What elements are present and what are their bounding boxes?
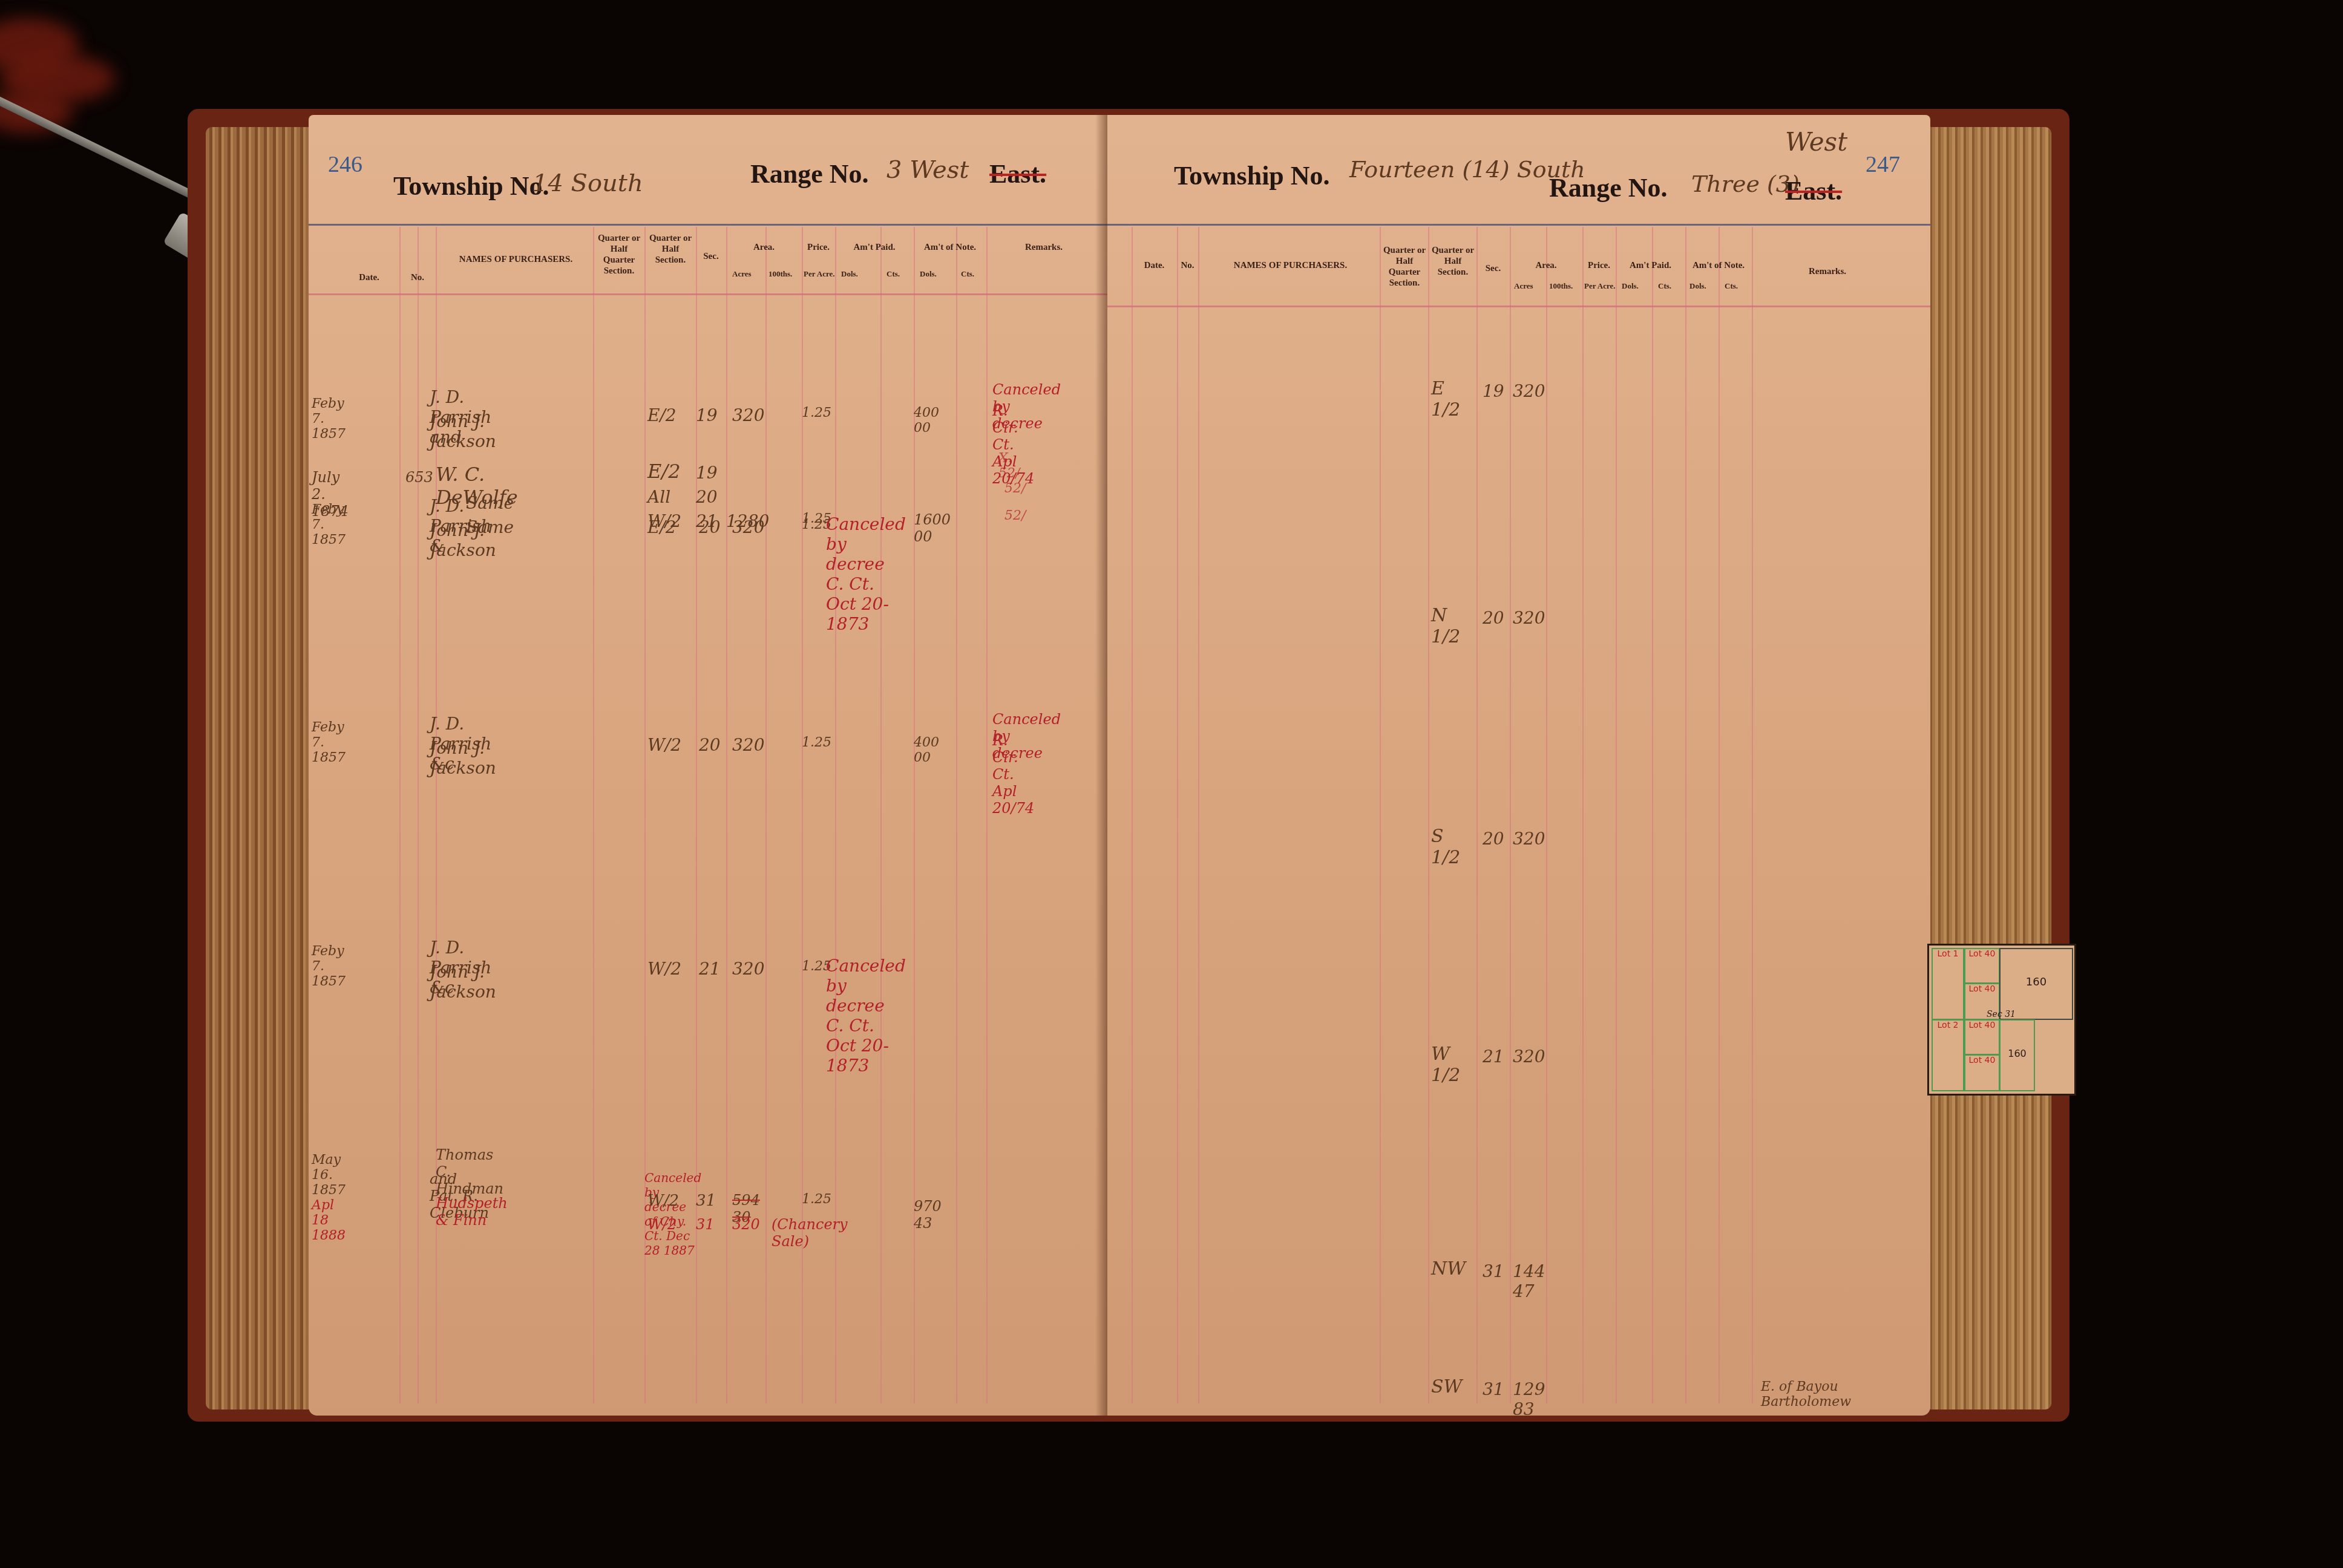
section-number: 20 [699, 735, 721, 755]
column-divider [1380, 227, 1381, 1403]
section-number: 31 [1483, 1379, 1504, 1399]
section-part: E/2 [647, 405, 677, 425]
column-divider [1719, 227, 1720, 1403]
header-rule [1107, 224, 1930, 226]
purchaser-name: Hudspeth & Finn [436, 1195, 508, 1229]
range-label: Range No. [1549, 172, 1668, 203]
amount-paid: 400 00 [914, 405, 939, 436]
page-title: Township No. Fourteen (14) South Range N… [1107, 163, 1930, 224]
header-bottom-rule [309, 293, 1107, 295]
column-header-note-dols: Dols. [1689, 281, 1706, 291]
page-title: Township No. 14 South Range No. 3 West E… [309, 163, 1107, 224]
column-header-per-acre: Per Acre. [1584, 281, 1616, 291]
section-part: E/2 [647, 517, 677, 537]
column-header-paid-cts: Cts. [1658, 281, 1671, 291]
acres: 144 47 [1513, 1261, 1545, 1301]
remark-line: Canceled by decree C. Ct. Oct 20-1873 [826, 956, 906, 1076]
plat-lot: Lot 1 [1932, 948, 1964, 1020]
section-number: 19 [696, 405, 718, 425]
section-number: 20 [696, 487, 718, 507]
column-header-note-cts: Cts. [961, 269, 974, 279]
section-part: S 1/2 [1431, 826, 1460, 868]
column-divider [1428, 227, 1429, 1403]
column-header-quarter-half: Quarter or Half Section. [646, 233, 695, 296]
price: 1.25 [802, 735, 831, 750]
entry-date: Feby 7. 1857 [312, 720, 346, 765]
column-divider [1582, 227, 1584, 1403]
column-header-no: No. [1177, 260, 1198, 324]
section-number: 19 [696, 463, 718, 483]
lot-label: Lot 40 [1969, 1056, 1996, 1065]
range-direction-written: West [1785, 127, 1847, 157]
column-header-quarter-half-quarter: Quarter or Half Quarter Section. [1381, 245, 1428, 309]
header-rule [309, 224, 1107, 226]
acres: 129 83 [1513, 1379, 1545, 1419]
section-number: 21 [1483, 1047, 1504, 1067]
page-edges-left [206, 127, 321, 1410]
entry-date: Feby 7. 1857 [312, 502, 346, 547]
section-number: 19 [1483, 381, 1504, 401]
right-page: 247 Township No. Fourteen (14) South Ran… [1107, 115, 1930, 1416]
column-divider [1476, 227, 1478, 1403]
acres: 320 [1513, 381, 1545, 401]
column-divider [986, 227, 988, 1403]
township-label: Township No. [393, 171, 549, 201]
remark-line: 52/ [1004, 481, 1026, 496]
column-divider [765, 227, 767, 1403]
column-header-paid-cts: Cts. [886, 269, 900, 279]
section-part: E 1/2 [1431, 378, 1460, 420]
column-divider [1132, 227, 1133, 1403]
section-part: SW [1431, 1376, 1462, 1397]
acres: 320 [1513, 608, 1545, 628]
header-bottom-rule [1107, 305, 1930, 307]
column-header-amt-note: Am't of Note. [1685, 260, 1752, 324]
column-header-names: NAMES OF PURCHASERS. [439, 254, 593, 318]
plat-quarter: 160 [1999, 1019, 2035, 1091]
column-header-per-acre: Per Acre. [804, 269, 835, 279]
column-header-100ths: 100ths. [768, 269, 792, 279]
lot-label: Lot 40 [1969, 1021, 1996, 1030]
section-part: E/2 [647, 460, 681, 483]
remark-line: 52/ [1004, 508, 1026, 523]
purchaser-name: John J. Jackson [430, 411, 496, 451]
column-header-date: Date. [1132, 260, 1177, 324]
section-number: 21 [699, 959, 721, 979]
price: 1.25 [802, 405, 831, 420]
column-header-price: Price. [1582, 260, 1616, 324]
entry-date: May 16. 1857 [312, 1152, 346, 1198]
lot-label: Lot 1 [1938, 949, 1959, 959]
quarter-acres: 160 [2026, 976, 2046, 988]
price: 1.25 [802, 1192, 831, 1207]
page-edges-right [1918, 127, 2051, 1410]
lot-label: Lot 40 [1969, 984, 1996, 994]
entry-number: 653 [405, 469, 433, 486]
section-number: 20 [1483, 829, 1504, 849]
column-header-sec: Sec. [1476, 263, 1510, 327]
column-header-no: No. [399, 272, 436, 336]
township-label: Township No. [1174, 160, 1330, 191]
column-divider [1616, 227, 1617, 1403]
entry-date: Feby 7. 1857 [312, 396, 346, 442]
column-header-amt-paid: Am't Paid. [1616, 260, 1685, 324]
entry-date: Apl 18 1888 [312, 1198, 346, 1243]
column-header-100ths: 100ths. [1549, 281, 1573, 291]
section-part: All [647, 487, 670, 507]
column-header-acres: Acres [1514, 281, 1533, 291]
plat-lot: Lot 2 [1932, 1019, 1964, 1091]
purchaser-name: John J. Jackson [430, 738, 496, 778]
left-page: 246 Township No. 14 South Range No. 3 We… [309, 115, 1107, 1416]
entry-date: Feby 7. 1857 [312, 944, 346, 989]
township-value: 14 South [532, 169, 643, 197]
remark-line: Canceled by decree C. Ct. Oct 20-1873 [826, 514, 906, 634]
column-divider [956, 227, 957, 1403]
remark-line: (Chancery Sale) [772, 1216, 848, 1250]
section-number: 31 [1483, 1261, 1504, 1281]
column-header-note-cts: Cts. [1725, 281, 1738, 291]
remark-line: R. Cir. Ct. Apl 20/74 [992, 732, 1034, 817]
acres: 320 [732, 517, 764, 537]
acres: 320 [1513, 1047, 1545, 1067]
column-header-date: Date. [339, 272, 399, 336]
range-value: 3 West [886, 156, 969, 184]
column-header-acres: Acres [732, 269, 752, 279]
section-number: 31 [696, 1216, 715, 1233]
remark-line: E. of Bayou Bartholomew [1761, 1379, 1851, 1410]
plat-section-label: Sec 31 [1987, 1010, 2016, 1019]
amount-paid: 400 00 [914, 735, 939, 765]
column-divider [1652, 227, 1653, 1403]
range-value: Three (3) [1691, 171, 1800, 197]
plat-lot: Lot 40 [1964, 1019, 2000, 1055]
range-direction-printed: East. [1785, 175, 1842, 206]
acres: 320 [732, 405, 764, 425]
quarter-acres: 160 [2008, 1048, 2027, 1059]
column-header-note-dols: Dols. [920, 269, 937, 279]
section-part: W 1/2 [1431, 1044, 1460, 1086]
column-divider [593, 227, 594, 1403]
section-number: 20 [1483, 608, 1504, 628]
column-header-names: NAMES OF PURCHASERS. [1201, 260, 1380, 324]
column-header-quarter-half-quarter: Quarter or Half Quarter Section. [594, 233, 644, 296]
purchaser-name: John J. Jackson [430, 962, 496, 1002]
amount-note: 970 43 [914, 1198, 942, 1232]
section-part: W/2 [647, 959, 681, 979]
amount-paid: 1600 00 [914, 511, 951, 545]
column-divider [1685, 227, 1686, 1403]
lot-label: Lot 2 [1938, 1021, 1959, 1030]
column-header-quarter-half: Quarter or Half Section. [1429, 245, 1476, 309]
remark-line: Canceled by decree of Chy. Ct. Dec 28 18… [644, 1171, 701, 1258]
acres: 320 [732, 959, 764, 979]
column-divider [726, 227, 727, 1403]
column-divider [418, 227, 419, 1403]
column-header-paid-dols: Dols. [841, 269, 858, 279]
column-divider [1752, 227, 1753, 1403]
section-part: W/2 [647, 1216, 677, 1233]
section-part: N 1/2 [1431, 605, 1460, 647]
plat-lot: Lot 40 [1964, 948, 2000, 984]
column-header-remarks: Remarks. [992, 242, 1095, 305]
range-direction-printed: East. [989, 158, 1046, 189]
section-part: W/2 [647, 1192, 679, 1210]
lot-label: Lot 40 [1969, 949, 1996, 959]
range-label: Range No. [750, 158, 869, 189]
column-header-area: Area. [1510, 260, 1582, 324]
column-header-remarks: Remarks. [1755, 266, 1900, 330]
section-part: NW [1431, 1258, 1466, 1279]
column-divider [1546, 227, 1547, 1403]
section-number: 31 [696, 1192, 716, 1210]
column-header-paid-dols: Dols. [1622, 281, 1639, 291]
remark-line: X. 52/ [998, 451, 1020, 481]
acres: 320 [1513, 829, 1545, 849]
column-divider [1510, 227, 1511, 1403]
purchaser-name: John J. Jackson [430, 520, 496, 560]
column-divider [399, 227, 401, 1403]
column-header-sec: Sec. [696, 251, 726, 315]
column-divider [1198, 227, 1199, 1403]
acres: 320 [732, 1216, 760, 1233]
section-part: W/2 [647, 735, 681, 755]
column-divider [880, 227, 882, 1403]
column-divider [1177, 227, 1178, 1403]
section-number: 20 [699, 517, 721, 537]
plat-lot: Lot 40 [1964, 1054, 2000, 1091]
plat-map: Lot 1 Lot 40 Lot 40 160 Lot 2 Lot 40 Lot… [1927, 944, 2076, 1096]
acres: 320 [732, 735, 764, 755]
